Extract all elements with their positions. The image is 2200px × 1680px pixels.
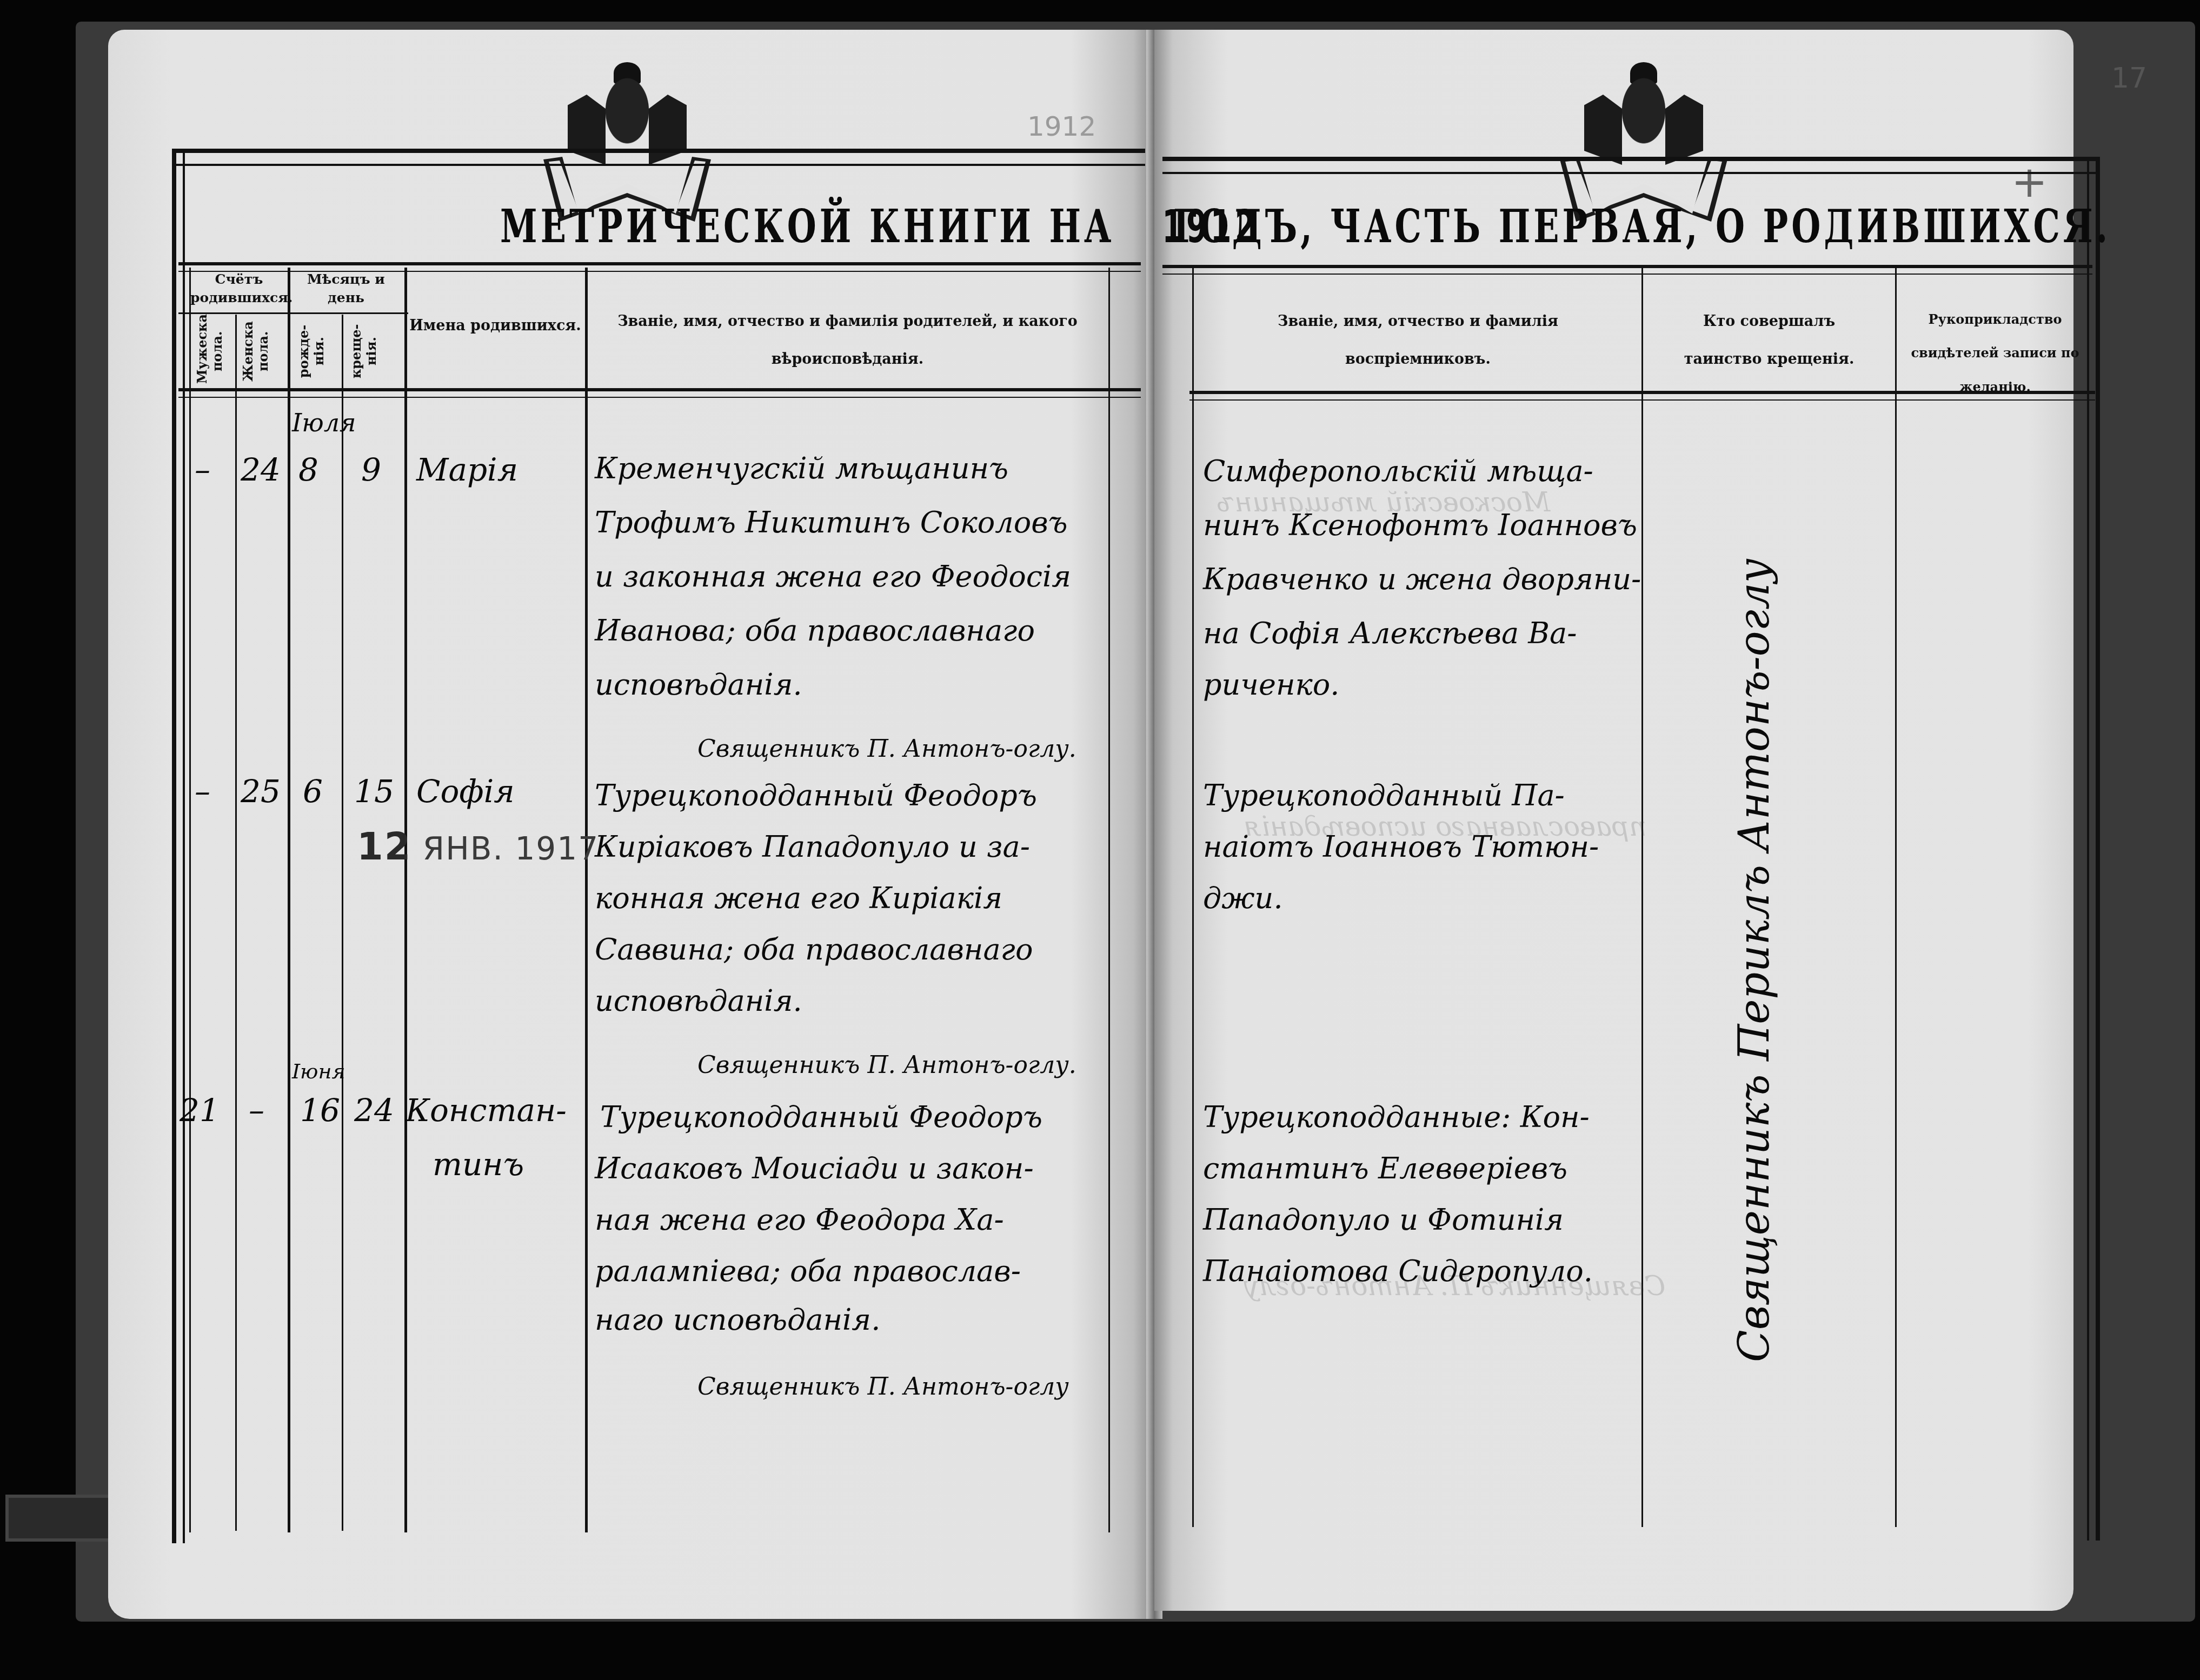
date-stamp-month-year: ЯНВ. 1917 <box>423 830 599 867</box>
record-child-name: Констан- <box>406 1092 567 1129</box>
header-performed-by: Кто совершалъ таинство крещенія. <box>1645 303 1893 378</box>
header-godparents: Званіе, имя, отчество и фамилія воспріем… <box>1198 303 1638 378</box>
priest-signature: Священникъ П. Антонъ-оглу <box>697 1373 1069 1401</box>
record-male-number: – <box>195 773 210 810</box>
record-female-number: 24 <box>241 451 281 488</box>
grid-line <box>1192 268 1194 1527</box>
frame-top-right <box>1162 157 2098 174</box>
record-parents-line: Трофимъ Никитинъ Соколовъ <box>595 505 1068 539</box>
header-parents: Званіе, имя, отчество и фамилія родителе… <box>589 303 1106 378</box>
record-godparents-line: Пападопуло и Фотинія <box>1203 1203 1564 1237</box>
record-baptism-day: 15 <box>354 773 394 810</box>
baptism-priest-signature: Священникъ Периклъ Антонъ-оглу <box>1730 605 1779 1362</box>
record-godparents-line: на Софія Алексѣева Ва- <box>1203 616 1577 650</box>
header-female: Женска пола. <box>241 319 284 384</box>
record-parents-line: исповѣданія. <box>595 668 802 702</box>
record-parents-line: конная жена его Киріакія <box>595 881 1002 915</box>
record-birth-day: 16 <box>300 1092 340 1129</box>
record-parents-line: Турецкоподданный Феодоръ <box>595 778 1037 812</box>
record-parents-line: Кременчугскій мѣщанинъ <box>595 451 1008 485</box>
frame-left-edge <box>172 149 185 1543</box>
grid-line <box>288 268 290 1532</box>
record-baptism-day: 9 <box>361 451 381 488</box>
record-parents-line: Иванова; оба православнаго <box>595 614 1035 648</box>
record-parents-line: исповѣданія. <box>595 984 802 1018</box>
priest-signature: Священникъ П. Антонъ-оглу. <box>697 735 1076 763</box>
header-signatures: Рукоприкладство свидѣтелей записи по жел… <box>1898 303 2092 404</box>
record-birth-day: 8 <box>298 451 318 488</box>
record-parents-line: наго исповѣданія. <box>595 1303 880 1337</box>
record-female-number: – <box>249 1092 264 1129</box>
subheader-rule <box>178 312 408 314</box>
header-month-day: Мѣсяцъ и день <box>289 270 403 307</box>
record-godparents-line: нинъ Ксенофонтъ Іоанновъ <box>1203 508 1637 542</box>
header-names: Имена родившихся. <box>407 316 584 336</box>
header-top-rule-right <box>1162 265 2092 275</box>
title-left: МЕТРИЧЕСКОЙ КНИГИ НА 1912 <box>500 200 1259 254</box>
record-male-number: – <box>195 451 210 488</box>
record-month-label: Іюля <box>292 408 356 437</box>
record-parents-line: Турецкоподданный Феодоръ <box>600 1100 1042 1134</box>
record-birth-day: 6 <box>303 773 323 810</box>
record-godparents-line: Турецкоподданные: Кон- <box>1203 1100 1590 1134</box>
record-child-name-cont: тинъ <box>433 1146 524 1183</box>
record-godparents-line: Панаіотова Сидеропуло. <box>1203 1254 1593 1288</box>
record-parents-line: Исааковъ Моисіади и закон- <box>595 1151 1034 1185</box>
grid-line <box>1895 268 1897 1527</box>
record-godparents-line: Симферопольскій мѣща- <box>1203 454 1593 488</box>
record-parents-line: Саввина; оба православнаго <box>595 932 1033 966</box>
record-child-name: Марія <box>416 451 518 488</box>
date-stamp-day: 12 <box>357 824 411 869</box>
grid-line <box>404 268 407 1532</box>
header-baptism-day: креще-нія. <box>349 319 397 384</box>
record-parents-line: ралампіева; оба православ- <box>595 1254 1021 1288</box>
header-male: Мужеска пола. <box>195 319 232 384</box>
record-godparents-line: стантинъ Елевѳеріевъ <box>1203 1151 1567 1185</box>
date-stamp: 12 ЯНВ. 1917 <box>357 824 599 869</box>
record-female-number: 25 <box>241 773 281 810</box>
header-birth-count: Счётъ родившихся. <box>190 270 288 307</box>
grid-line <box>342 315 343 1531</box>
grid-line <box>585 268 588 1532</box>
record-godparents-line: Турецкоподданный Па- <box>1203 778 1565 812</box>
header-bottom-rule-left <box>178 388 1141 398</box>
grid-line <box>235 315 237 1531</box>
record-male-number: 21 <box>180 1092 220 1129</box>
record-baptism-day: 24 <box>354 1092 394 1129</box>
faded-year-stamp: 1912 <box>1027 111 1096 142</box>
record-parents-line: Киріаковъ Пападопуло и за- <box>595 830 1030 864</box>
record-godparents-line: Кравченко и жена дворяни- <box>1203 562 1641 596</box>
record-godparents-line: джи. <box>1203 881 1283 915</box>
record-parents-line: ная жена его Феодора Ха- <box>595 1203 1004 1237</box>
title-left-text: МЕТРИЧЕСКОЙ КНИГИ НА <box>500 200 1115 254</box>
page-number: 17 <box>2111 62 2147 95</box>
record-godparents-line: риченко. <box>1203 668 1339 702</box>
grid-line <box>189 268 191 1532</box>
frame-top-left <box>172 149 1145 166</box>
title-right: ГОДЪ, ЧАСТЬ ПЕРВАЯ, О РОДИВШИХСЯ. <box>1173 200 2111 254</box>
header-birth-day: рожде-нія. <box>296 319 337 384</box>
grid-line <box>1108 268 1110 1532</box>
record-parents-line: и законная жена его Феодосія <box>595 559 1071 594</box>
record-child-name: Софія <box>416 773 515 810</box>
priest-signature: Священникъ П. Антонъ-оглу. <box>697 1051 1076 1079</box>
record-month-label: Іюня <box>292 1059 345 1083</box>
record-godparents-line: наіотъ Іоанновъ Тютюн- <box>1203 830 1599 864</box>
grid-line <box>1641 268 1643 1527</box>
